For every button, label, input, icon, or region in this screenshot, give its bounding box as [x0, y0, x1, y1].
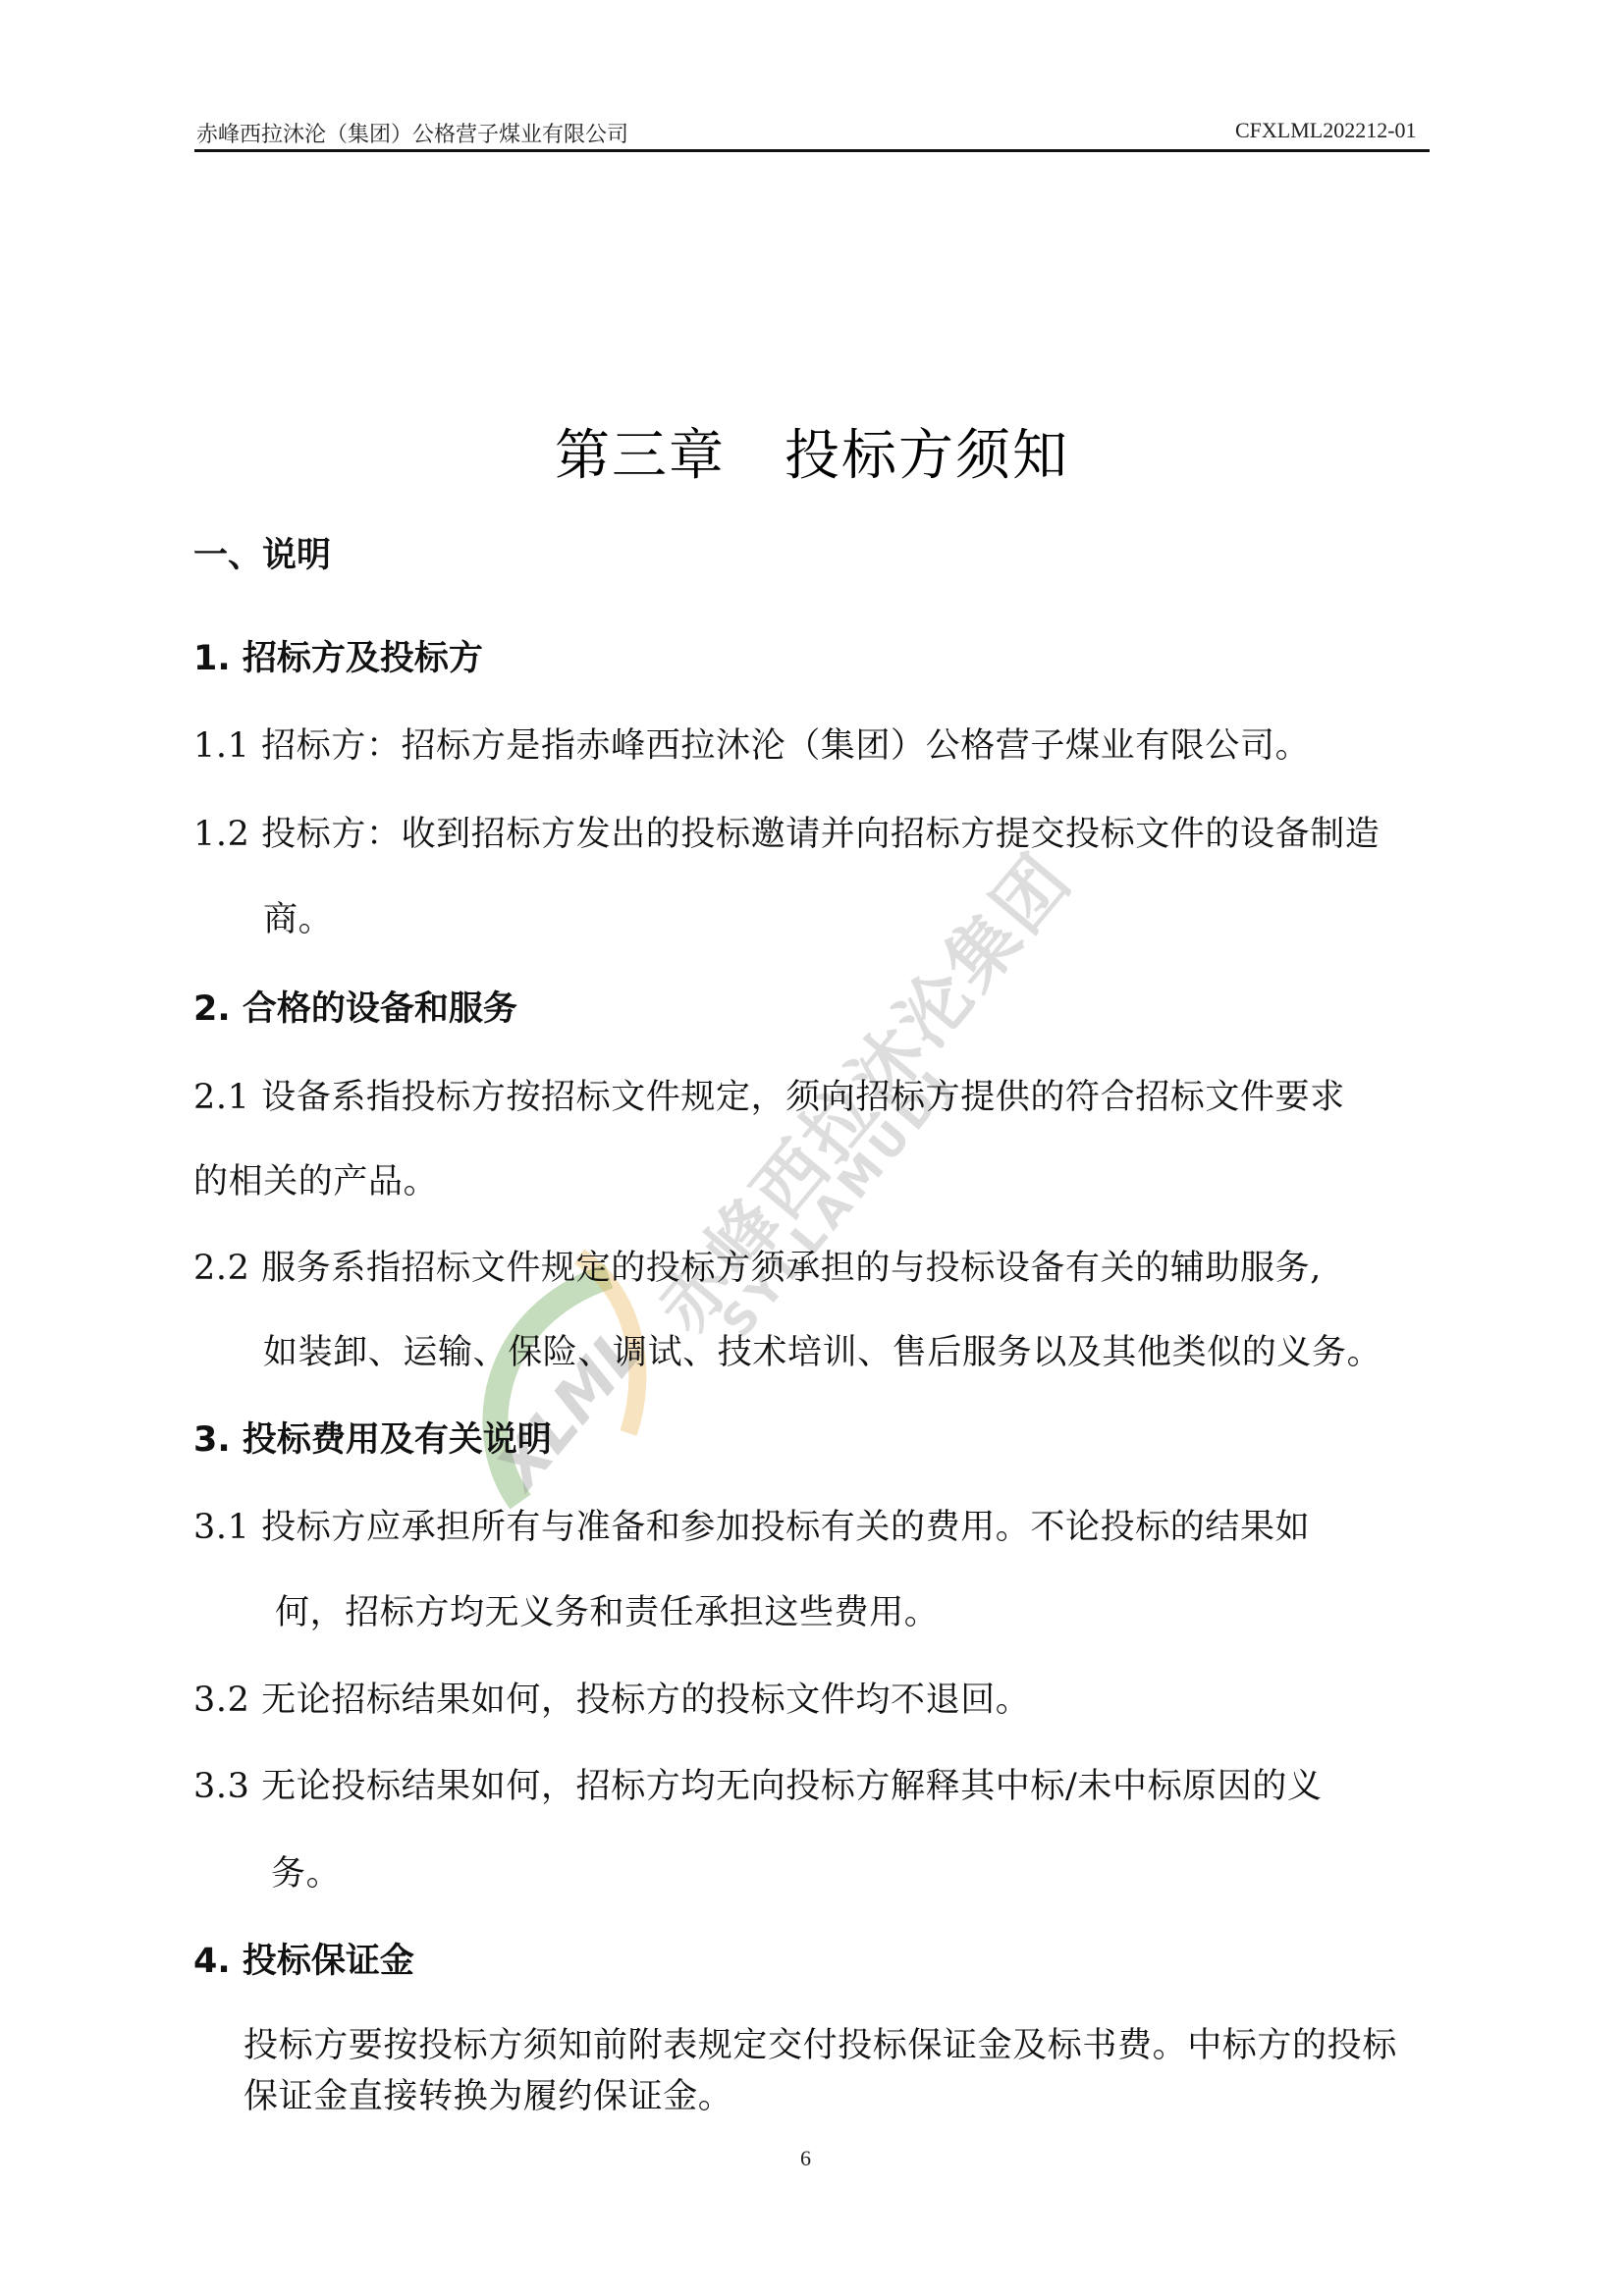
subheading-4: 4. 投标保证金 — [193, 1934, 414, 1983]
clause-3-2: 3.2 无论招标结果如何，投标方的投标文件均不退回。 — [193, 1673, 1030, 1722]
subheading-2: 2. 合格的设备和服务 — [193, 982, 517, 1031]
clause-2-1: 2.1 设备系指投标方按招标文件规定，须向招标方提供的符合招标文件要求 — [193, 1070, 1345, 1119]
clause-3-3-cont: 务。 — [271, 1846, 341, 1896]
clause-4: 投标方要按投标方须知前附表规定交付投标保证金及标书费。中标方的投标 — [244, 2018, 1397, 2067]
clause-3-1: 3.1 投标方应承担所有与准备和参加投标有关的费用。不论投标的结果如 — [193, 1500, 1310, 1549]
chapter-name: 投标方须知 — [785, 424, 1069, 488]
chapter-number: 第三章 — [555, 424, 726, 488]
subheading-3: 3. 投标费用及有关说明 — [193, 1413, 552, 1462]
page-title: 第三章投标方须知 — [0, 412, 1624, 491]
section-heading-1: 一、说明 — [193, 528, 331, 577]
clause-1-2-cont: 商。 — [263, 892, 333, 941]
clause-3-1-cont: 何，招标方均无义务和责任承担这些费用。 — [275, 1585, 939, 1634]
subheading-1: 1. 招标方及投标方 — [193, 631, 483, 680]
header-company: 赤峰西拉沐沦（集团）公格营子煤业有限公司 — [196, 118, 628, 148]
page-number: 6 — [800, 2146, 811, 2171]
header-rule — [194, 149, 1430, 152]
clause-3-3: 3.3 无论投标结果如何，招标方均无向投标方解释其中标/未中标原因的义 — [193, 1759, 1323, 1808]
clause-1-1: 1.1 招标方：招标方是指赤峰西拉沐沦（集团）公格营子煤业有限公司。 — [193, 719, 1310, 768]
header-doc-code: CFXLML202212-01 — [1235, 118, 1417, 143]
clause-4-cont: 保证金直接转换为履约保证金。 — [244, 2069, 732, 2118]
clause-2-2-cont: 如装卸、运输、保险、调试、技术培训、售后服务以及其他类似的义务。 — [263, 1325, 1381, 1374]
clause-2-1-cont: 的相关的产品。 — [193, 1154, 438, 1203]
clause-1-2: 1.2 投标方：收到招标方发出的投标邀请并向招标方提交投标文件的设备制造 — [193, 807, 1380, 856]
clause-2-2: 2.2 服务系指招标文件规定的投标方须承担的与投标设备有关的辅助服务, — [193, 1241, 1322, 1290]
